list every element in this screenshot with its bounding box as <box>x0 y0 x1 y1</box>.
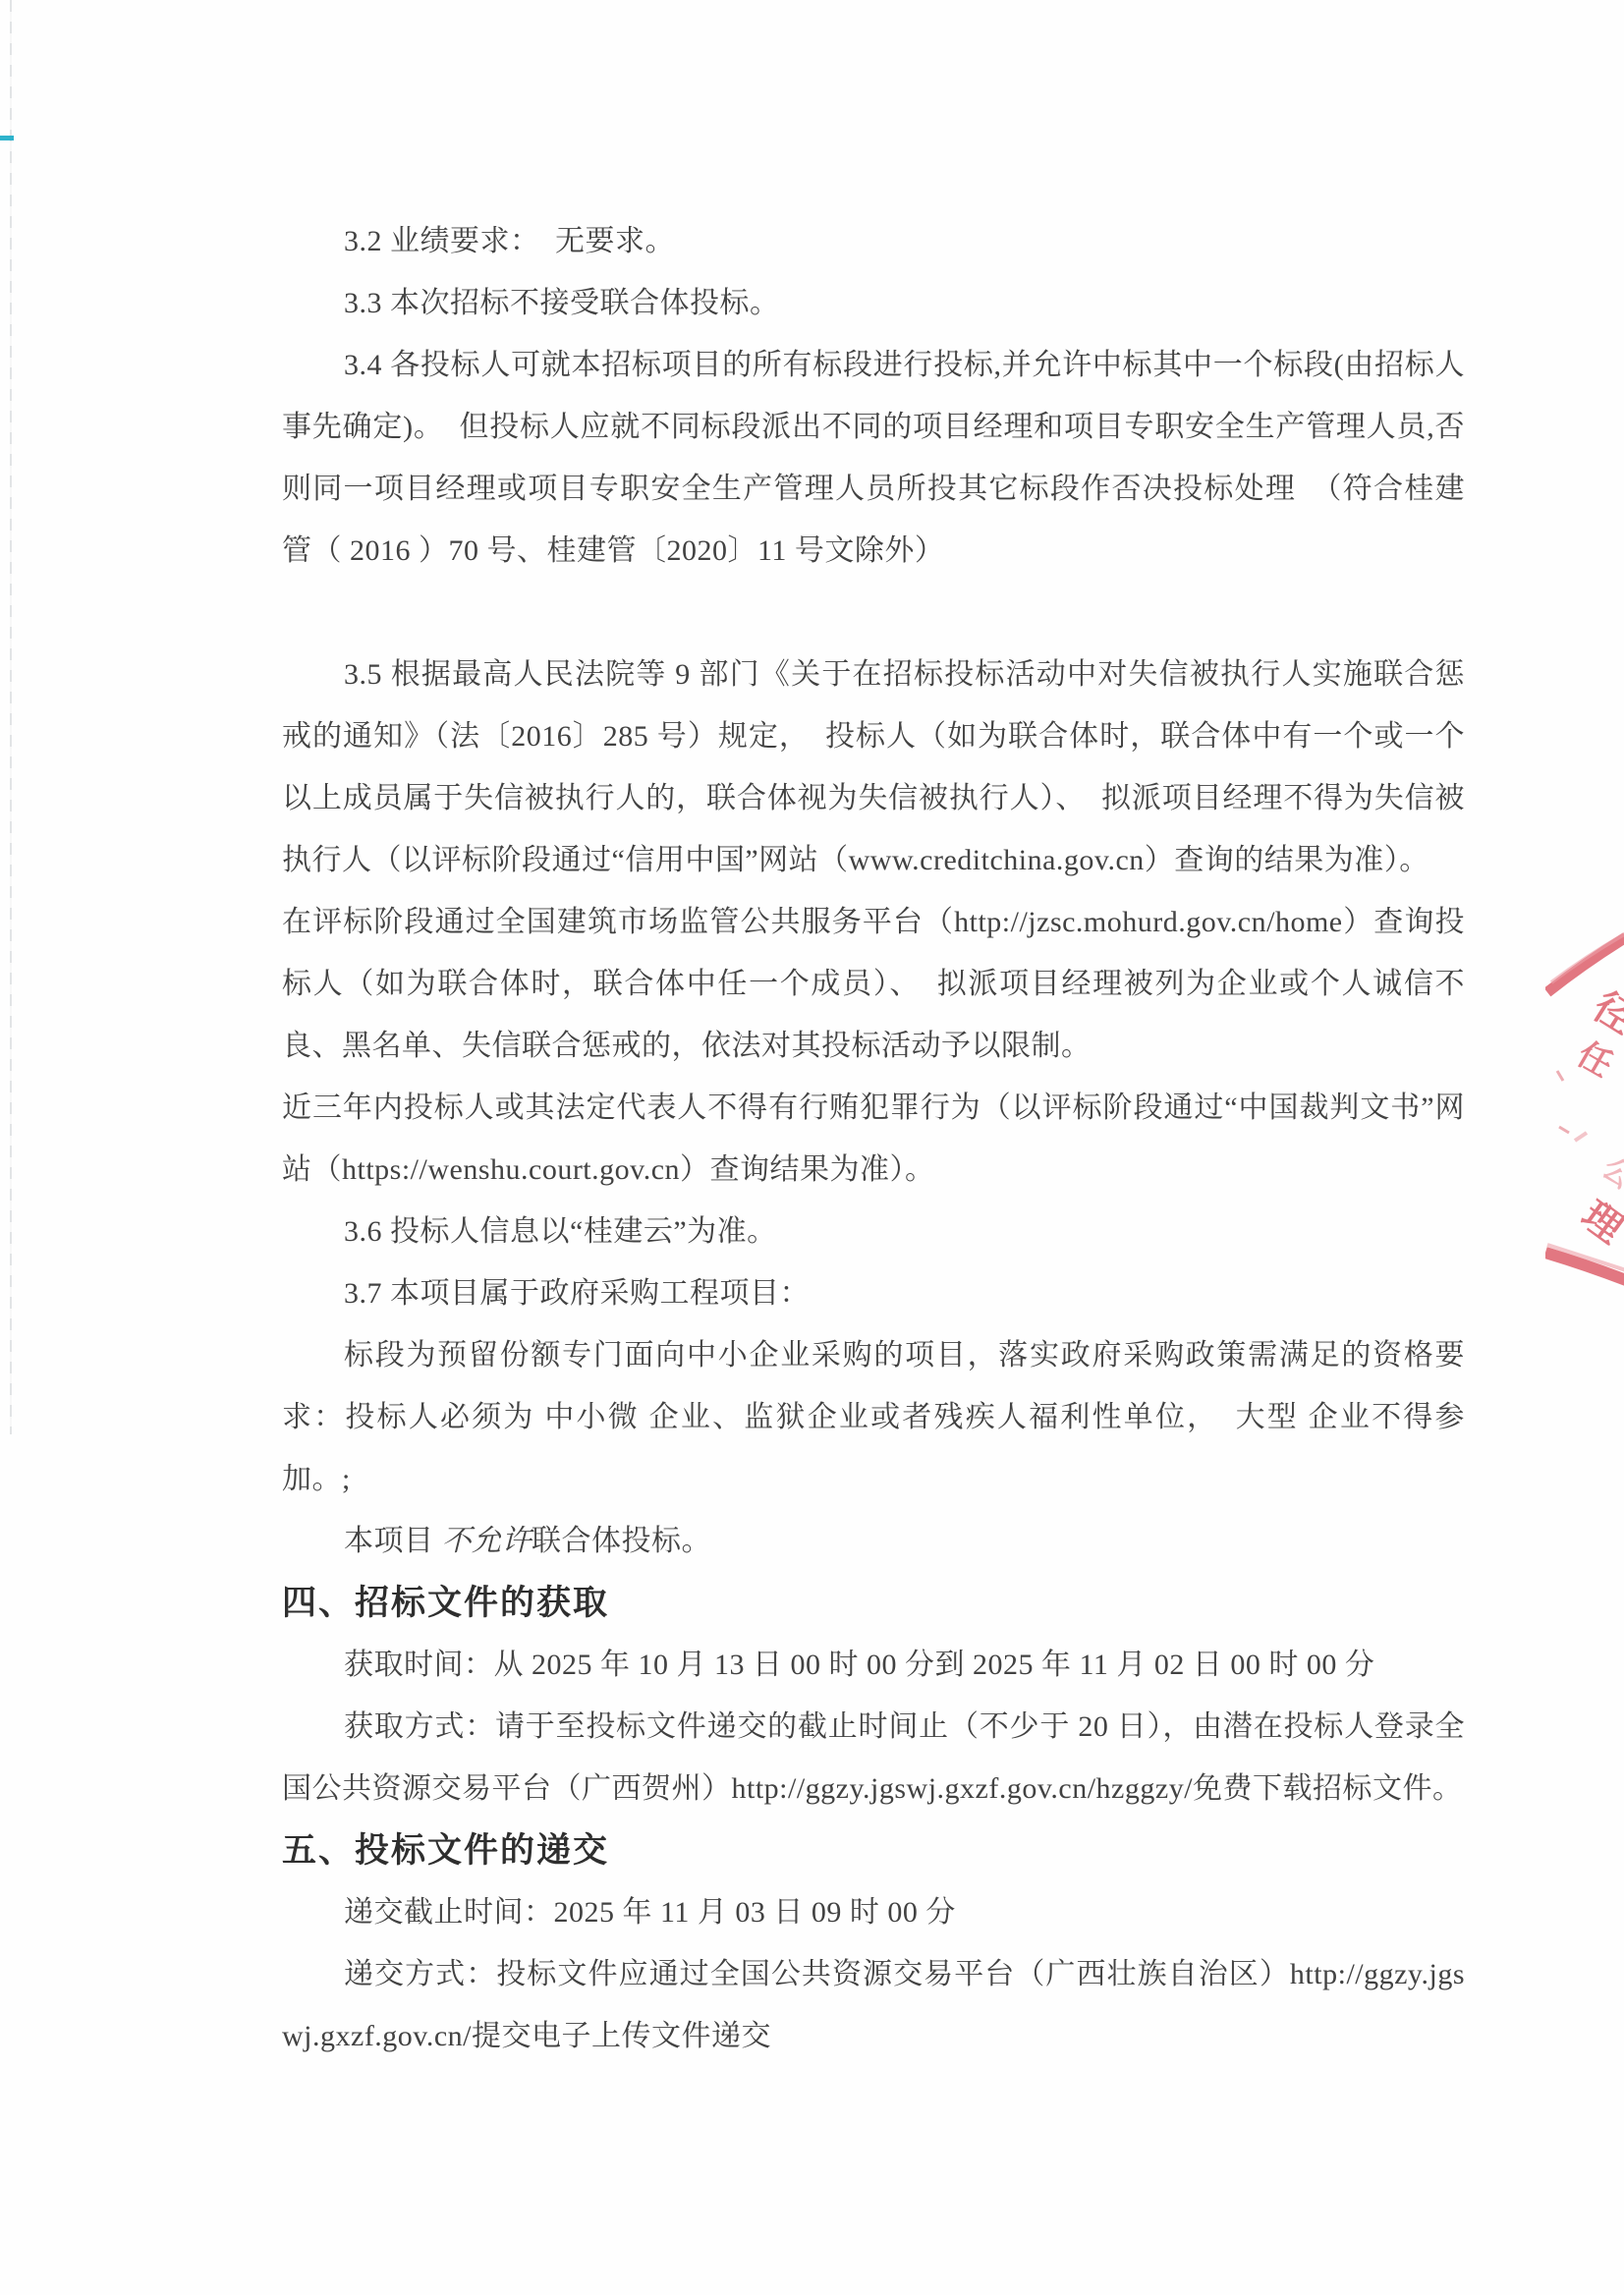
text-run: 在评标阶段通过全国建筑市场监管公共服务平台（http://jzsc.mohurd… <box>282 906 1465 1062</box>
paragraph: 3.4 各投标人可就本招标项目的所有标段进行投标,并允许中标其中一个标段(由招标… <box>282 334 1465 582</box>
text-run: 近三年内投标人或其法定代表人不得有行贿犯罪行为（以评标阶段通过“中国裁判文书”网… <box>282 1092 1465 1186</box>
emphasized-text: 不允许 <box>442 1525 532 1557</box>
text-run: 递交截止时间：2025 年 11 月 03 日 09 时 00 分 <box>344 1896 956 1929</box>
text-run: 3.5 根据最高人民法院等 9 部门《关于在招标投标活动中对失信被执行人实施联合… <box>282 658 1465 876</box>
official-seal-fragment-top: 径 任 <box>1545 924 1624 1091</box>
paragraph: 在评标阶段通过全国建筑市场监管公共服务平台（http://jzsc.mohurd… <box>282 891 1465 1077</box>
paragraph: 标段为预留份额专门面向中小企业采购的项目，落实政府采购政策需满足的资格要求：投标… <box>282 1324 1465 1510</box>
text-run: 五、投标文件的递交 <box>282 1831 609 1870</box>
seal-glyph: 径 <box>1586 983 1624 1041</box>
paragraph: 递交截止时间：2025 年 11 月 03 日 09 时 00 分 <box>282 1881 1465 1943</box>
paragraph: 本项目 不允许联合体投标。 <box>282 1510 1465 1572</box>
paragraph: 3.3 本次招标不接受联合体投标。 <box>282 272 1465 334</box>
text-run: 递交方式：投标文件应通过全国公共资源交易平台（广西壮族自治区）http://gg… <box>282 1958 1465 2052</box>
official-seal-fragment-bottom: 公 理 <box>1545 1115 1624 1287</box>
paragraph: 获取时间：从 2025 年 10 月 13 日 00 时 00 分到 2025 … <box>282 1634 1465 1696</box>
seal-glyph: 任 <box>1571 1036 1618 1085</box>
text-run: 联合体投标。 <box>532 1525 711 1557</box>
paragraph: 近三年内投标人或其法定代表人不得有行贿犯罪行为（以评标阶段通过“中国裁判文书”网… <box>282 1077 1465 1201</box>
paragraph: 3.5 根据最高人民法院等 9 部门《关于在招标投标活动中对失信被执行人实施联合… <box>282 644 1465 891</box>
paragraph: 3.7 本项目属于政府采购工程项目： <box>282 1262 1465 1324</box>
paragraph: 3.2 业绩要求： 无要求。 <box>282 210 1465 272</box>
text-run: 3.4 各投标人可就本招标项目的所有标段进行投标,并允许中标其中一个标段(由招标… <box>282 349 1465 567</box>
paragraph: 递交方式：投标文件应通过全国公共资源交易平台（广西壮族自治区）http://gg… <box>282 1943 1465 2067</box>
text-run: 获取方式：请于至投标文件递交的截止时间止（不少于 20 日），由潜在投标人登录全… <box>282 1710 1465 1805</box>
text-run: 获取时间：从 2025 年 10 月 13 日 00 时 00 分到 2025 … <box>344 1649 1374 1681</box>
text-run: 标段为预留份额专门面向中小企业采购的项目，落实政府采购政策需满足的资格要求：投标… <box>282 1339 1465 1495</box>
text-run: 3.6 投标人信息以“桂建云”为准。 <box>344 1215 777 1248</box>
section-heading: 四、招标文件的获取 <box>282 1572 1465 1634</box>
cyan-registration-mark <box>0 136 14 140</box>
text-run: 四、招标文件的获取 <box>282 1584 609 1622</box>
paragraph: 获取方式：请于至投标文件递交的截止时间止（不少于 20 日），由潜在投标人登录全… <box>282 1696 1465 1819</box>
scan-edge-line <box>10 0 12 1434</box>
document-page: 3.2 业绩要求： 无要求。3.3 本次招标不接受联合体投标。3.4 各投标人可… <box>0 0 1624 2295</box>
document-content: 3.2 业绩要求： 无要求。3.3 本次招标不接受联合体投标。3.4 各投标人可… <box>282 210 1465 2067</box>
paragraph: 3.6 投标人信息以“桂建云”为准。 <box>282 1201 1465 1262</box>
text-run: 3.7 本项目属于政府采购工程项目： <box>344 1277 810 1310</box>
seal-glyph: 理 <box>1574 1193 1624 1252</box>
section-heading: 五、投标文件的递交 <box>282 1819 1465 1881</box>
text-run: 3.2 业绩要求： 无要求。 <box>344 225 675 257</box>
text-run: 本项目 <box>344 1525 442 1557</box>
seal-glyph: 公 <box>1596 1152 1624 1196</box>
text-run: 3.3 本次招标不接受联合体投标。 <box>344 287 780 319</box>
